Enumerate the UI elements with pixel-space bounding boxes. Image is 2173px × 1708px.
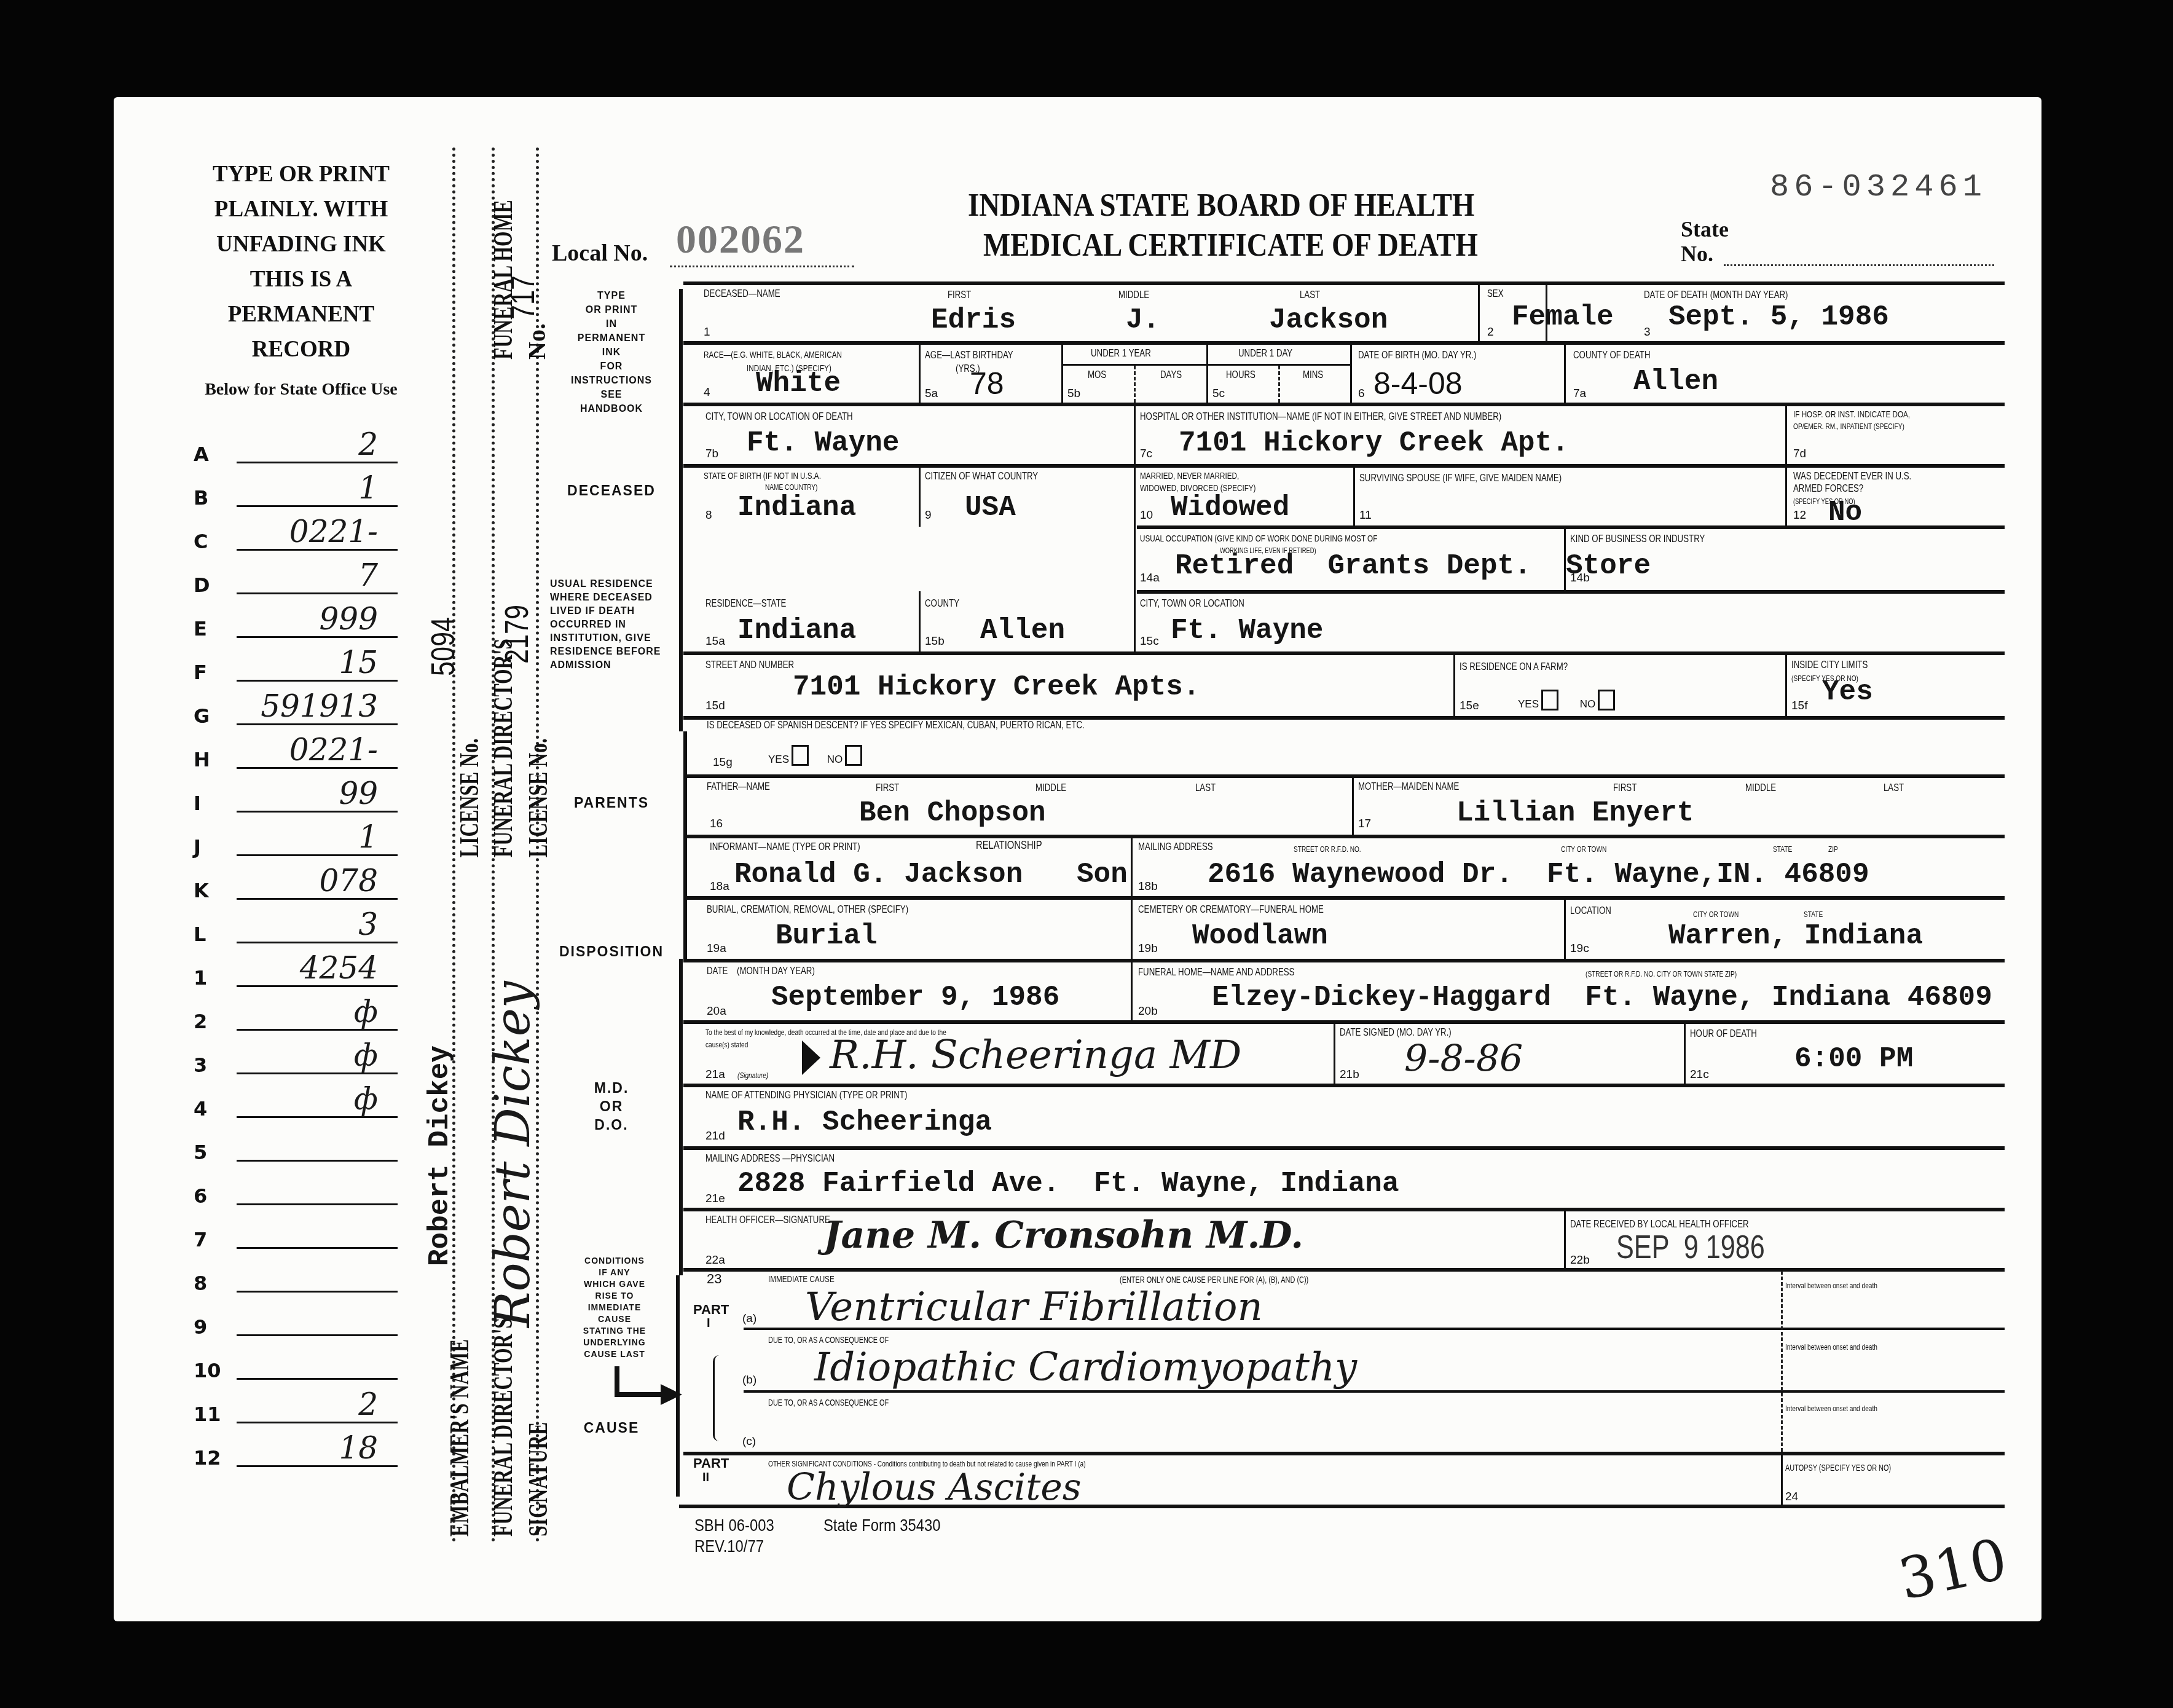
code-value: 4254 xyxy=(300,950,378,986)
divider xyxy=(1785,404,1787,465)
label: IF HOSP. OR INST. Indicate DOA, xyxy=(1793,409,1910,421)
immediate-cause-a: Ventricular Fibrillation xyxy=(805,1285,1263,1330)
label: FIRST xyxy=(948,289,971,301)
informant-relationship-value: Son xyxy=(1077,859,1128,891)
state-office-code-row: H0221- xyxy=(194,730,403,773)
field-number: 24 xyxy=(1785,1490,1798,1504)
state-form-number: State Form 35430 xyxy=(823,1516,941,1535)
embalmer-name-label: EMBALMER'S NAME xyxy=(444,1339,475,1537)
date-of-birth-value: 8-4-08 xyxy=(1373,366,1463,401)
divider xyxy=(1131,960,1133,1021)
field-number: 19b xyxy=(1138,942,1158,956)
state-office-code-row: J1 xyxy=(194,817,403,860)
code-key: 3 xyxy=(194,1053,207,1077)
field-number: 15b xyxy=(925,635,945,648)
funeral-director-label: FUNERAL DIRECTOR'S xyxy=(487,639,519,857)
farm-no-checkbox[interactable] xyxy=(1598,690,1615,710)
code-value: 1 xyxy=(358,819,378,855)
code-key: H xyxy=(194,748,210,771)
code-value: ф xyxy=(354,994,378,1029)
form-left-border xyxy=(676,1275,680,1497)
divider xyxy=(1334,1021,1335,1085)
label: SEX xyxy=(1487,288,1504,300)
field-number: 6 xyxy=(1358,387,1365,401)
hour-of-death-value: 6:00 PM xyxy=(1794,1043,1913,1075)
farm-yes-checkbox[interactable] xyxy=(1541,690,1558,710)
date-received-stamp: SEP 9 1986 xyxy=(1616,1228,1765,1266)
label: WAS DECEDENT EVER IN U.S. xyxy=(1793,470,1911,482)
state-office-code-row: 9 xyxy=(194,1297,403,1340)
rule xyxy=(744,1390,2005,1393)
father-name-value: Ben Chopson xyxy=(859,797,1046,829)
rule xyxy=(683,281,2005,285)
label: INSIDE CITY LIMITS xyxy=(1791,659,1868,671)
form-left-border xyxy=(683,731,687,959)
label: MAILING ADDRESS —PHYSICIAN xyxy=(705,1152,835,1165)
label: MOS xyxy=(1088,369,1106,381)
label: cause(s) stated xyxy=(705,1039,748,1051)
label: LAST xyxy=(1300,289,1320,301)
divider xyxy=(919,591,921,653)
field-number: 12 xyxy=(1793,509,1806,522)
label: DATE SIGNED (Mo. Day Yr.) xyxy=(1340,1026,1452,1039)
label: STATE OF BIRTH (If not in U.S.A. xyxy=(704,470,821,482)
label: CITY, TOWN OR LOCATION OF DEATH xyxy=(705,411,853,423)
label: CITY OR TOWN xyxy=(1693,908,1739,921)
code-key: 7 xyxy=(194,1228,207,1251)
divider xyxy=(919,465,921,527)
label: STATE xyxy=(1773,843,1792,856)
hospital-value: 7101 Hickory Creek Apt. xyxy=(1179,427,1569,459)
label: UNDER 1 DAY xyxy=(1238,347,1292,360)
code-key: C xyxy=(194,530,208,553)
cause-b: Idiopathic Cardiomyopathy xyxy=(814,1345,1357,1390)
rule xyxy=(683,1146,2005,1150)
conditions-note: CONDITIONSIF ANYWHICH GAVERISE TOIMMEDIA… xyxy=(565,1255,664,1360)
code-value: 078 xyxy=(320,863,378,899)
funeral-home-no-label: No. xyxy=(522,323,551,360)
farm-checkboxes: YES NO xyxy=(1518,690,1615,710)
rule xyxy=(683,1020,2005,1024)
date-signed-value: 9-8-86 xyxy=(1404,1037,1523,1080)
label: DUE TO, OR AS A CONSEQUENCE OF xyxy=(768,1396,889,1409)
rule xyxy=(1061,364,1351,366)
divider xyxy=(1134,404,1136,465)
code-key: B xyxy=(194,486,208,510)
form-revision: REV.10/77 xyxy=(694,1537,764,1556)
type-print-note: TYPEOR PRINTINPERMANENTINKFORINSTRUCTION… xyxy=(550,289,673,416)
usual-residence-note: USUAL RESIDENCEWHERE DECEASEDLIVED IF DE… xyxy=(550,578,673,672)
label: STATE xyxy=(1804,908,1823,921)
code-value: 2 xyxy=(358,427,378,462)
code-value: 2 xyxy=(358,1387,378,1422)
divider xyxy=(1352,776,1354,836)
city-of-death-value: Ft. Wayne xyxy=(747,427,899,459)
field-number: 15d xyxy=(705,699,725,713)
field-number: 21e xyxy=(705,1192,725,1206)
code-key: K xyxy=(194,879,209,902)
license-no-label: LICENSE No. xyxy=(454,738,485,857)
rule xyxy=(1137,525,2005,529)
other-conditions-value: Chylous Ascites xyxy=(787,1466,1082,1509)
code-key: 9 xyxy=(194,1315,207,1339)
state-office-code-row: 3ф xyxy=(194,1035,403,1078)
divider xyxy=(1134,366,1136,403)
code-line xyxy=(237,1247,398,1249)
label: STREET OR R.F.D. NO. xyxy=(1294,843,1361,856)
code-key: 4 xyxy=(194,1097,207,1120)
label: UNDER 1 YEAR xyxy=(1091,347,1151,360)
state-office-code-row: L3 xyxy=(194,904,403,947)
state-office-code-row: F15 xyxy=(194,642,403,685)
field-number: 16 xyxy=(710,817,723,831)
rule xyxy=(683,1268,2005,1272)
label: (ENTER ONLY ONE CAUSE PER LINE FOR (a), … xyxy=(1120,1273,1308,1286)
form-title-line-2: MEDICAL CERTIFICATE OF DEATH xyxy=(983,227,1478,264)
label: RACE—(e.g. White, Black, American xyxy=(704,349,842,361)
deceased-middle-name: J. xyxy=(1126,304,1160,336)
label: Interval between onset and death xyxy=(1785,1341,1877,1353)
residence-county-value: Allen xyxy=(980,615,1065,647)
label: (Signature) xyxy=(737,1069,768,1082)
field-number: 7a xyxy=(1573,387,1586,401)
state-office-use-label: Below for State Office Use xyxy=(166,380,436,399)
label: CITIZEN OF WHAT COUNTRY xyxy=(925,470,1038,482)
field-number: 5b xyxy=(1067,387,1080,401)
state-of-birth-value: Indiana xyxy=(737,492,856,524)
rule xyxy=(683,774,2005,778)
code-value: 3 xyxy=(358,907,378,942)
code-key: 6 xyxy=(194,1184,207,1208)
code-key: G xyxy=(194,704,210,728)
funeral-home-no: 717 xyxy=(504,275,542,320)
code-key: 2 xyxy=(194,1010,207,1033)
state-office-code-row: C0221- xyxy=(194,511,403,554)
divider xyxy=(1564,1209,1566,1269)
code-value: ф xyxy=(354,1081,378,1117)
label: DUE TO, OR AS A CONSEQUENCE OF xyxy=(768,1334,889,1346)
label: DATE OF BIRTH (Mo. Day Yr.) xyxy=(1358,349,1477,361)
marital-status-value: Widowed xyxy=(1171,492,1289,524)
label: IS DECEASED OF SPANISH DESCENT? IF YES S… xyxy=(707,719,1085,731)
divider xyxy=(1564,897,1566,960)
field-number: 17 xyxy=(1358,817,1371,831)
divider xyxy=(1206,342,1208,404)
divider xyxy=(1278,366,1280,403)
farm-no-label: NO xyxy=(1580,698,1596,710)
farm-yes-label: YES xyxy=(1518,698,1539,710)
state-office-code-row: 4ф xyxy=(194,1079,403,1122)
field-number: 9 xyxy=(925,509,932,522)
field-number: 1 xyxy=(704,326,710,339)
label: MIDDLE xyxy=(1118,289,1149,301)
code-key: D xyxy=(194,573,210,597)
label: NAME OF ATTENDING PHYSICIAN (Type or Pri… xyxy=(705,1089,907,1101)
label: IS RESIDENCE ON A FARM? xyxy=(1460,661,1568,673)
armed-forces-value: No xyxy=(1828,497,1862,529)
code-line xyxy=(237,1334,398,1336)
label: OP/Emer. Rm., Inpatient (Specify) xyxy=(1793,420,1904,433)
cause-c-label: (c) xyxy=(742,1435,756,1449)
code-value: 15 xyxy=(339,645,378,680)
divider xyxy=(1785,653,1787,717)
code-key: L xyxy=(194,923,206,946)
code-value: 591913 xyxy=(261,688,378,724)
part-ii-label: PART xyxy=(693,1455,729,1471)
label: MINS xyxy=(1303,369,1323,381)
spanish-no-checkbox[interactable] xyxy=(845,745,862,766)
rule xyxy=(1137,590,2005,594)
street-value: 7101 Hickory Creek Apts. xyxy=(793,671,1200,703)
state-office-code-row: 5 xyxy=(194,1122,403,1165)
label: LAST xyxy=(1195,782,1216,794)
label: COUNTY xyxy=(925,597,959,610)
label: MIDDLE xyxy=(1745,782,1776,794)
field-number: 18b xyxy=(1138,880,1158,894)
divider xyxy=(1131,897,1133,960)
field-number: 7c xyxy=(1140,447,1152,461)
spanish-checkboxes: YES NO xyxy=(768,745,862,766)
disposition-date-value: September 9, 1986 xyxy=(771,982,1059,1013)
label: Interval between onset and death xyxy=(1785,1280,1877,1292)
fd-signature: Robert Dickey xyxy=(485,981,541,1328)
part-ii-numeral: II xyxy=(702,1471,709,1485)
mailing-address-value: 2616 Waynewood Dr. Ft. Wayne,IN. 46809 xyxy=(1208,859,1869,891)
state-office-code-row: G591913 xyxy=(194,686,403,729)
label: KIND OF BUSINESS OR INDUSTRY xyxy=(1570,533,1705,545)
location-value: Warren, Indiana xyxy=(1668,920,1923,952)
field-number: 15a xyxy=(705,635,725,648)
citizen-value: USA xyxy=(965,492,1016,524)
fd-license-no-label: LICENSE No. xyxy=(522,738,554,857)
field-number: 2 xyxy=(1487,326,1494,339)
field-number: 15g xyxy=(713,756,733,769)
field-number: 15f xyxy=(1791,699,1807,713)
field-number: 11 xyxy=(1359,509,1372,522)
cemetery-value: Woodlawn xyxy=(1192,920,1328,952)
state-no-label-2: No. xyxy=(1681,241,1713,267)
code-key: 1 xyxy=(194,966,207,990)
label: MARRIED, NEVER MARRIED, xyxy=(1140,470,1239,482)
state-office-code-row: B1 xyxy=(194,468,403,511)
label: DAYS xyxy=(1160,369,1182,381)
field-number: 15c xyxy=(1140,635,1159,648)
divider xyxy=(1131,836,1133,897)
rule xyxy=(683,1208,2005,1211)
rule xyxy=(683,1084,2005,1087)
field-number: 7b xyxy=(705,447,718,461)
physician-address-value: 2828 Fairfield Ave. Ft. Wayne, Indiana xyxy=(737,1168,1399,1200)
license-no: 5094 xyxy=(424,617,462,676)
field-number: 8 xyxy=(705,509,712,522)
field-number: 10 xyxy=(1140,509,1153,522)
field-number: 21d xyxy=(705,1130,725,1143)
code-line xyxy=(237,1291,398,1293)
deceased-first-name: Edris xyxy=(931,304,1016,336)
code-value: 0221- xyxy=(289,732,378,768)
label: COUNTY OF DEATH xyxy=(1573,349,1650,361)
label: HOURS xyxy=(1226,369,1255,381)
label: CITY OR TOWN xyxy=(1561,843,1606,856)
state-office-code-row: 1218 xyxy=(194,1428,403,1471)
spanish-yes-label: YES xyxy=(768,754,789,765)
field-number: 15e xyxy=(1460,699,1479,713)
rule xyxy=(683,959,2005,962)
state-office-code-row: I99 xyxy=(194,773,403,816)
fd-signature-label-2: SIGNATURE xyxy=(522,1422,554,1537)
health-officer-signature: Jane M. Cronsohn M.D. xyxy=(823,1214,1303,1257)
label: AGE—Last Birthday xyxy=(925,349,1013,361)
divider xyxy=(1781,1271,1783,1452)
field-number: 3 xyxy=(1644,326,1651,339)
cause-b-label: (b) xyxy=(742,1374,756,1387)
field-number: 4 xyxy=(704,386,710,399)
label: LAST xyxy=(1884,782,1904,794)
funeral-home-value: Elzey-Dickey-Haggard Ft. Wayne, Indiana … xyxy=(1212,982,1992,1013)
city-limits-value: Yes xyxy=(1822,676,1873,708)
field-number: 5c xyxy=(1212,387,1225,401)
cause-section-label: CAUSE xyxy=(550,1420,673,1436)
code-key: 12 xyxy=(194,1446,221,1470)
field-number: 23 xyxy=(707,1271,721,1287)
code-key: J xyxy=(194,835,201,859)
code-line xyxy=(237,1203,398,1205)
spanish-no-label: NO xyxy=(827,754,843,765)
label: FIRST xyxy=(876,782,899,794)
label: MIDDLE xyxy=(1035,782,1066,794)
code-key: 11 xyxy=(194,1403,221,1426)
parents-section-label: PARENTS xyxy=(550,795,673,811)
rule xyxy=(683,464,2005,468)
instruction-line: RECORD xyxy=(166,332,436,367)
local-no-value: 002062 xyxy=(676,216,805,263)
local-no-dotline xyxy=(670,266,854,267)
field-number: 19c xyxy=(1570,942,1589,956)
state-office-code-row: D7 xyxy=(194,555,403,598)
field-number: 20b xyxy=(1138,1005,1158,1018)
field-number: 19a xyxy=(707,942,726,956)
label: IMMEDIATE CAUSE xyxy=(768,1273,835,1286)
label: DATE (MONTH DAY YEAR) xyxy=(707,965,815,977)
label: RELATIONSHIP xyxy=(976,840,1042,852)
mother-name-value: Lillian Enyert xyxy=(1456,797,1694,829)
label: AUTOPSY (Specify Yes or No) xyxy=(1785,1462,1891,1474)
instruction-line: THIS IS A xyxy=(166,262,436,297)
code-key: F xyxy=(194,661,207,684)
code-value: 7 xyxy=(358,557,378,593)
label: ZIP xyxy=(1828,843,1838,856)
label: DATE OF DEATH (MONTH DAY YEAR) xyxy=(1644,289,1788,301)
state-office-code-row: 112 xyxy=(194,1384,403,1427)
state-no-label-1: State xyxy=(1681,216,1729,242)
form-code: SBH 06-003 xyxy=(694,1516,774,1535)
label: SURVIVING SPOUSE (If wife, give maiden n… xyxy=(1359,472,1562,484)
field-number: 22b xyxy=(1570,1254,1590,1267)
arrow-icon-shaft xyxy=(615,1392,664,1397)
part-i-label: PART xyxy=(693,1302,729,1318)
state-no-dotline xyxy=(1724,264,1994,266)
field-number: 14a xyxy=(1140,572,1160,585)
state-office-code-row: 14254 xyxy=(194,948,403,991)
label: CEMETERY OR CREMATORY—FUNERAL HOME xyxy=(1138,903,1324,916)
md-do-section-label: M.D.ORD.O. xyxy=(550,1079,673,1134)
divider xyxy=(1478,283,1480,342)
code-value: 999 xyxy=(320,601,378,637)
label: Interval between onset and death xyxy=(1785,1403,1877,1415)
state-office-code-row: 6 xyxy=(194,1166,403,1209)
code-key: 8 xyxy=(194,1272,207,1295)
state-office-code-row: E999 xyxy=(194,599,403,642)
field-number: 5a xyxy=(925,387,938,401)
local-no-label: Local No. xyxy=(552,240,648,267)
fd-signature-label: FUNERAL DIRECTOR'S xyxy=(487,1318,519,1537)
code-value: 18 xyxy=(339,1430,378,1466)
label: MOTHER—MAIDEN NAME xyxy=(1358,781,1459,793)
divider xyxy=(1061,342,1063,404)
code-key: 5 xyxy=(194,1141,207,1164)
residence-city-value: Ft. Wayne xyxy=(1171,615,1323,647)
state-no-stamp: 86-032461 xyxy=(1770,169,1987,205)
instruction-line: TYPE OR PRINT xyxy=(166,157,436,192)
label: LOCATION xyxy=(1570,905,1611,917)
divider xyxy=(1785,465,1787,527)
deceased-last-name: Jackson xyxy=(1269,304,1388,336)
rule xyxy=(683,341,2005,345)
instructions-block: TYPE OR PRINT PLAINLY. WITH UNFADING INK… xyxy=(166,157,436,367)
race-value: White xyxy=(756,368,841,399)
rule xyxy=(683,651,2005,655)
code-key: 10 xyxy=(194,1359,221,1382)
spanish-yes-checkbox[interactable] xyxy=(792,745,809,766)
rule xyxy=(683,403,2005,406)
code-line xyxy=(237,1160,398,1162)
divider xyxy=(1564,342,1566,404)
state-office-code-row: 2ф xyxy=(194,991,403,1034)
label: HEALTH OFFICER—SIGNATURE xyxy=(705,1214,830,1226)
field-number: 22a xyxy=(705,1254,725,1267)
deceased-section-label: DECEASED xyxy=(550,482,673,499)
label: (STREET OR R.F.D. NO. CITY OR TOWN STATE… xyxy=(1586,968,1737,980)
burial-value: Burial xyxy=(776,920,878,952)
label: STREET AND NUMBER xyxy=(705,659,794,671)
fd-license-no: 2179 xyxy=(498,605,536,664)
label: DECEASED—NAME xyxy=(704,288,780,300)
divider xyxy=(1684,1021,1686,1085)
code-value: 99 xyxy=(339,776,378,811)
divider xyxy=(1453,653,1455,717)
divider xyxy=(1781,1454,1783,1506)
divider xyxy=(1353,465,1355,527)
residence-state-value: Indiana xyxy=(737,615,856,647)
instruction-line: PERMANENT xyxy=(166,297,436,332)
label: RESIDENCE—STATE xyxy=(705,597,786,610)
form-left-border xyxy=(679,289,683,731)
state-office-code-row: 7 xyxy=(194,1210,403,1253)
field-number: 21a xyxy=(705,1068,725,1082)
state-office-code-row: 10 xyxy=(194,1340,403,1383)
date-of-death-value: Sept. 5, 1986 xyxy=(1668,301,1889,333)
occupation-value: Retired Grants Dept. xyxy=(1175,550,1531,582)
divider xyxy=(919,342,921,404)
label: FATHER—NAME xyxy=(707,781,770,793)
state-office-code-row: K078 xyxy=(194,860,403,903)
cause-a-label: (a) xyxy=(742,1312,756,1326)
part-i-bracket xyxy=(713,1355,722,1441)
code-key: A xyxy=(194,443,209,466)
rule xyxy=(683,835,2005,838)
attending-physician-value: R.H. Scheeringa xyxy=(737,1106,992,1138)
label: ARMED FORCES? xyxy=(1793,482,1863,495)
